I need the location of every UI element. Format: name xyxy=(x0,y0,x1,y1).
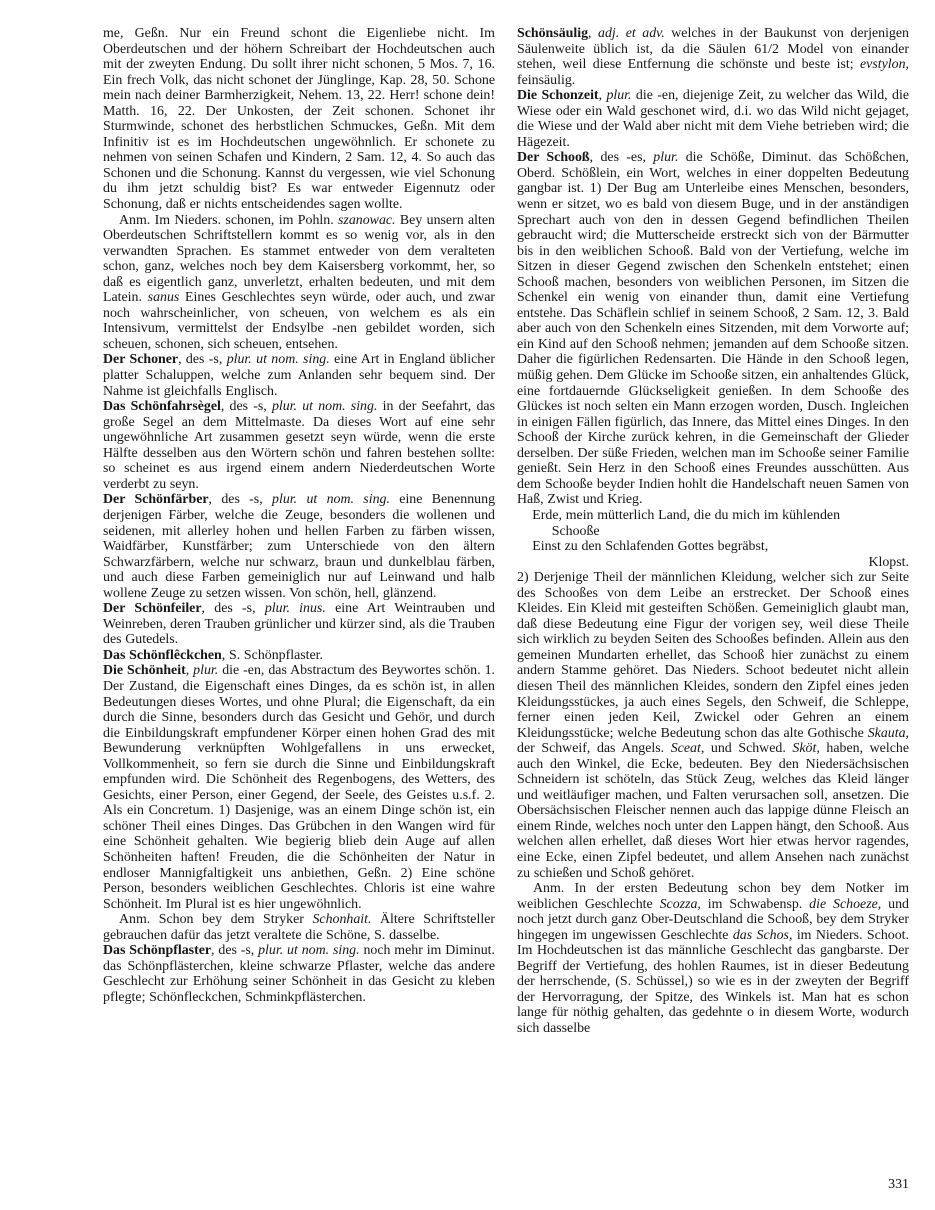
paragraph: Anm. Schon bey dem Stryker Schonhait. Äl… xyxy=(103,912,495,943)
text-run: me, Geßn. Nur ein Freund schont die Eige… xyxy=(103,26,495,212)
dictionary-entry: Der Schönfeiler, des -s, plur. inus. ein… xyxy=(103,601,495,648)
text-run: im Nieders. Schoot. Im Hochdeutschen ist… xyxy=(517,928,909,1036)
headword: Der Schoner xyxy=(103,352,178,367)
text-run: , des -s, xyxy=(221,399,272,414)
text-run: , des -es, xyxy=(590,150,654,165)
headword: Der Schönfärber xyxy=(103,492,209,507)
paragraph: me, Geßn. Nur ein Freund schont die Eige… xyxy=(103,26,495,213)
text-run: feinsäulig. xyxy=(517,73,575,88)
text-run: , xyxy=(588,26,598,41)
text-run: Einst zu den Schlafenden Gottes begräbst… xyxy=(532,539,768,554)
paragraph: Erde, mein mütterlich Land, die du mich … xyxy=(517,508,909,524)
italic-run: plur. ut nom. sing. xyxy=(272,399,377,414)
headword: Das Schönflêckchen xyxy=(103,648,222,663)
paragraph: Einst zu den Schlafenden Gottes begräbst… xyxy=(517,539,909,555)
headword: Die Schönheit xyxy=(103,663,186,678)
dictionary-entry: Die Schönheit, plur. die -en, das Abstra… xyxy=(103,663,495,912)
italic-run: plur. ut nom. sing. xyxy=(227,352,330,367)
italic-run: Scozza, xyxy=(660,897,701,912)
paragraph: Klopst. xyxy=(517,555,909,571)
text-run: 2) Derjenige Theil der männlichen Kleidu… xyxy=(517,570,909,740)
text-run: und Schwed. xyxy=(704,741,792,756)
text-run: , des -s, xyxy=(202,601,265,616)
page-number: 331 xyxy=(517,1177,909,1193)
italic-run: plur. ut nom. sing. xyxy=(272,492,390,507)
dictionary-entry: Der Schönfärber, des -s, plur. ut nom. s… xyxy=(103,492,495,601)
headword: Das Schönfahrsègel xyxy=(103,399,221,414)
right-column: Schönsäulig, adj. et adv. welches in der… xyxy=(517,26,909,1037)
italic-run: adj. et adv. xyxy=(598,26,665,41)
paragraph: Schooße xyxy=(517,524,909,540)
italic-run: plur. inus. xyxy=(265,601,326,616)
dictionary-entry: Das Schönfahrsègel, des -s, plur. ut nom… xyxy=(103,399,495,492)
dictionary-page: me, Geßn. Nur ein Freund schont die Eige… xyxy=(0,0,935,1210)
text-run: eine Benennung derjenigen Färber, welche… xyxy=(103,492,495,600)
dictionary-entry: Der Schoner, des -s, plur. ut nom. sing.… xyxy=(103,352,495,399)
italic-run: plur. ut nom. sing. xyxy=(258,943,359,958)
italic-run: evstylon, xyxy=(860,57,909,72)
text-run: haben, welche auch den Winkel, die Ecke,… xyxy=(517,741,909,880)
text-run: Schooße xyxy=(552,524,600,539)
headword: Das Schönpflaster xyxy=(103,943,211,958)
text-run: , des -s, xyxy=(209,492,273,507)
text-run: der Schweif, das Angels. xyxy=(517,741,671,756)
text-run: die Schöße, Diminut. das Schößchen, Ober… xyxy=(517,150,909,507)
text-run: die -en, das Abstractum des Beywortes sc… xyxy=(103,663,495,911)
italic-run: Skauta, xyxy=(868,726,909,741)
text-run: im Schwabensp. xyxy=(701,897,809,912)
headword: Der Schooß xyxy=(517,150,590,165)
paragraph: Anm. Im Nieders. schonen, im Pohln. szan… xyxy=(103,213,495,353)
text-run: Anm. Schon bey dem Stryker xyxy=(119,912,312,927)
dictionary-entry: Schönsäulig, adj. et adv. welches in der… xyxy=(517,26,909,88)
dictionary-entry: Das Schönpflaster, des -s, plur. ut nom.… xyxy=(103,943,495,1005)
italic-run: Sceat, xyxy=(671,741,705,756)
italic-run: sanus xyxy=(148,290,180,305)
italic-run: szanowac. xyxy=(338,213,396,228)
italic-run: plur. xyxy=(653,150,678,165)
italic-run: Schonhait. xyxy=(312,912,371,927)
headword: Der Schönfeiler xyxy=(103,601,202,616)
italic-run: das Schos, xyxy=(733,928,793,943)
left-column: me, Geßn. Nur ein Freund schont die Eige… xyxy=(103,26,495,1005)
paragraph: Anm. In der ersten Bedeutung schon bey d… xyxy=(517,881,909,1036)
italic-run: Sköt, xyxy=(792,741,819,756)
dictionary-entry: Die Schonzeit, plur. die -en, diejenige … xyxy=(517,88,909,150)
text-run: Anm. Im Nieders. schonen, im Pohln. xyxy=(119,213,338,228)
text-run: Erde, mein mütterlich Land, die du mich … xyxy=(532,508,840,523)
italic-run: plur. xyxy=(606,88,631,103)
text-run: , des -s, xyxy=(178,352,227,367)
italic-run: plur. xyxy=(193,663,218,678)
paragraph: 2) Derjenige Theil der männlichen Kleidu… xyxy=(517,570,909,881)
text-run: Klopst. xyxy=(868,555,909,570)
text-run: , S. Schönpflaster. xyxy=(222,648,323,663)
text-run: , des -s, xyxy=(211,943,258,958)
headword: Schönsäulig xyxy=(517,26,588,41)
headword: Die Schonzeit xyxy=(517,88,599,103)
italic-run: die Schoeze, xyxy=(809,897,881,912)
dictionary-entry: Das Schönflêckchen, S. Schönpflaster. xyxy=(103,648,495,664)
dictionary-entry: Der Schooß, des -es, plur. die Schöße, D… xyxy=(517,150,909,508)
